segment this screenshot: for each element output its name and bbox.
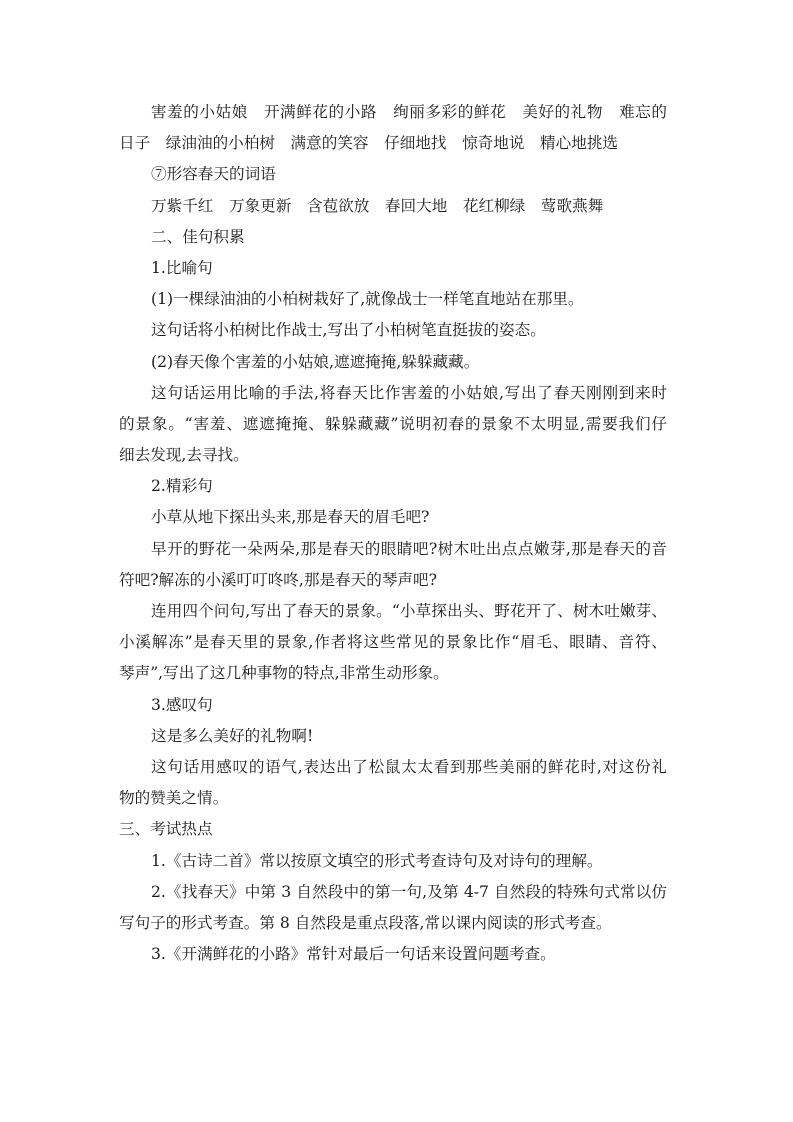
exclamation-heading: 3.感叹句: [119, 690, 667, 721]
exam-item-3: 3.《开满鲜花的小路》常针对最后一句话来设置问题考查。: [119, 939, 667, 970]
document-page: 害羞的小姑娘 开满鲜花的小路 绚丽多彩的鲜花 美好的礼物 难忘的 日子 绿油油的…: [0, 0, 793, 1122]
wonderful-heading: 2.精彩句: [119, 471, 667, 502]
exclamation-explain-line-1: 这句话用感叹的语气,表达出了松鼠太太看到那些美丽的鲜花时,对这份礼: [119, 752, 667, 783]
wonderful-explain-line-2: 小溪解冻”是春天里的景象,作者将这些常见的景象比作“眉毛、眼睛、音符、: [119, 627, 667, 658]
spring-words-heading: ⑦形容春天的词语: [119, 159, 667, 190]
vocabulary-words-line-2: 日子 绿油油的小柏树 满意的笑容 仔细地找 惊奇地说 精心地挑选: [119, 128, 667, 159]
wonderful-explain-line-3: 琴声”,写出了这几种事物的特点,非常生动形象。: [119, 658, 667, 689]
wonderful-example-line-1: 小草从地下探出头来,那是春天的眉毛吧?: [119, 502, 667, 533]
exam-item-1: 1.《古诗二首》常以按原文填空的形式考查诗句及对诗句的理解。: [119, 846, 667, 877]
metaphor-explain-1: 这句话将小柏树比作战士,写出了小柏树笔直挺拔的姿态。: [119, 315, 667, 346]
exam-item-2-line-2: 写句子的形式考查。第 8 自然段是重点段落,常以课内阅读的形式考查。: [119, 908, 667, 939]
wonderful-example-line-3: 符吧?解冻的小溪叮叮咚咚,那是春天的琴声吧?: [119, 565, 667, 596]
exclamation-explain-line-2: 物的赞美之情。: [119, 783, 667, 814]
section-3-title: 三、考试热点: [119, 814, 667, 845]
wonderful-explain-line-1: 连用四个问句,写出了春天的景象。“小草探出头、野花开了、树木吐嫩芽、: [119, 596, 667, 627]
document-body: 害羞的小姑娘 开满鲜花的小路 绚丽多彩的鲜花 美好的礼物 难忘的 日子 绿油油的…: [119, 97, 667, 970]
metaphor-explain-2-line-1: 这句话运用比喻的手法,将春天比作害羞的小姑娘,写出了春天刚刚到来时: [119, 378, 667, 409]
metaphor-explain-2-line-3: 细去发现,去寻找。: [119, 440, 667, 471]
metaphor-heading: 1.比喻句: [119, 253, 667, 284]
metaphor-example-2: (2)春天像个害羞的小姑娘,遮遮掩掩,躲躲藏藏。: [119, 347, 667, 378]
metaphor-explain-2-line-2: 的景象。“害羞、遮遮掩掩、躲躲藏藏”说明初春的景象不太明显,需要我们仔: [119, 409, 667, 440]
exam-item-2-line-1: 2.《找春天》中第 3 自然段中的第一句,及第 4-7 自然段的特殊句式常以仿: [119, 877, 667, 908]
exclamation-example: 这是多么美好的礼物啊!: [119, 721, 667, 752]
metaphor-example-1: (1)一棵绿油油的小柏树栽好了,就像战士一样笔直地站在那里。: [119, 284, 667, 315]
wonderful-example-line-2: 早开的野花一朵两朵,那是春天的眼睛吧?树木吐出点点嫩芽,那是春天的音: [119, 534, 667, 565]
section-2-title: 二、佳句积累: [119, 222, 667, 253]
spring-words-list: 万紫千红 万象更新 含苞欲放 春回大地 花红柳绿 莺歌燕舞: [119, 191, 667, 222]
vocabulary-words-line-1: 害羞的小姑娘 开满鲜花的小路 绚丽多彩的鲜花 美好的礼物 难忘的: [119, 97, 667, 128]
